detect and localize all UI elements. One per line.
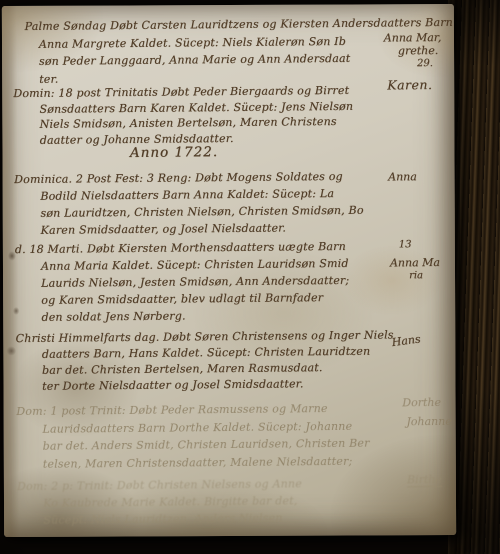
margin-note-anna-margrethe-2: grethe. <box>398 44 438 57</box>
register-entry-dominica-2: Dominica. 2 Post Fest: 3 Reng: Døbt Moge… <box>14 167 449 239</box>
register-entry-domin-18: Domin: 18 post Trinitatis Døbt Peder Bie… <box>13 82 448 148</box>
entry-line: telsen, Maren Christensdaatter, Malene N… <box>17 451 451 473</box>
register-entry-dom-2-trinit: Dom: 2 p: Trinit: Døbt Christen Nielsens… <box>17 474 451 529</box>
register-entry-18-marti: d. 18 Marti. Døbt Kiersten Morthensdaatt… <box>15 237 450 326</box>
register-entry-dom-1-trinit: Dom: 1 post Trinit: Døbt Peder Rasmussen… <box>16 399 451 473</box>
register-entry-himmelfart: Christi Himmelfarts dag. Døbt Søren Chri… <box>16 327 451 395</box>
margin-note-birthe: Birthe <box>407 473 442 487</box>
entry-line: den soldat Jens Nørberg. <box>15 305 449 326</box>
margin-note-karen: Karen. <box>387 77 432 92</box>
register-photo: Palme Søndag Døbt Carsten Lauridtzens og… <box>0 0 500 554</box>
margin-note-anna-maria: Anna Ma <box>390 256 440 269</box>
margin-note-number-29: 29. <box>417 58 433 69</box>
margin-note-anna-maria-2: ria <box>409 270 423 281</box>
margin-note-anna: Anna <box>388 170 417 183</box>
entry-line: Karen Smidsdaatter, og Josel Nielsdaatte… <box>15 218 449 239</box>
margin-note-anna-margrethe: Anna Mar, <box>384 31 442 45</box>
register-entry-palme-soendag: Palme Søndag Døbt Carsten Lauridtzens og… <box>13 14 448 88</box>
photo-corner-shadow <box>0 528 40 554</box>
manuscript-page: Palme Søndag Døbt Carsten Lauridtzens og… <box>2 4 456 537</box>
margin-note-johanne: Johanne <box>406 415 451 428</box>
handwriting-layer: Palme Søndag Døbt Carsten Lauridtzens og… <box>0 3 457 538</box>
entry-line: ter Dorte Nielsdaatter og Josel Smidsdaa… <box>16 375 450 395</box>
margin-note-number-13: 13 <box>399 239 412 250</box>
entry-line: Sücept: Niels Lauridtzen, Anders Nielsen <box>17 508 451 529</box>
margin-note-dorthe: Dorthe <box>402 396 441 409</box>
year-heading: Anno 1722. <box>130 144 218 161</box>
